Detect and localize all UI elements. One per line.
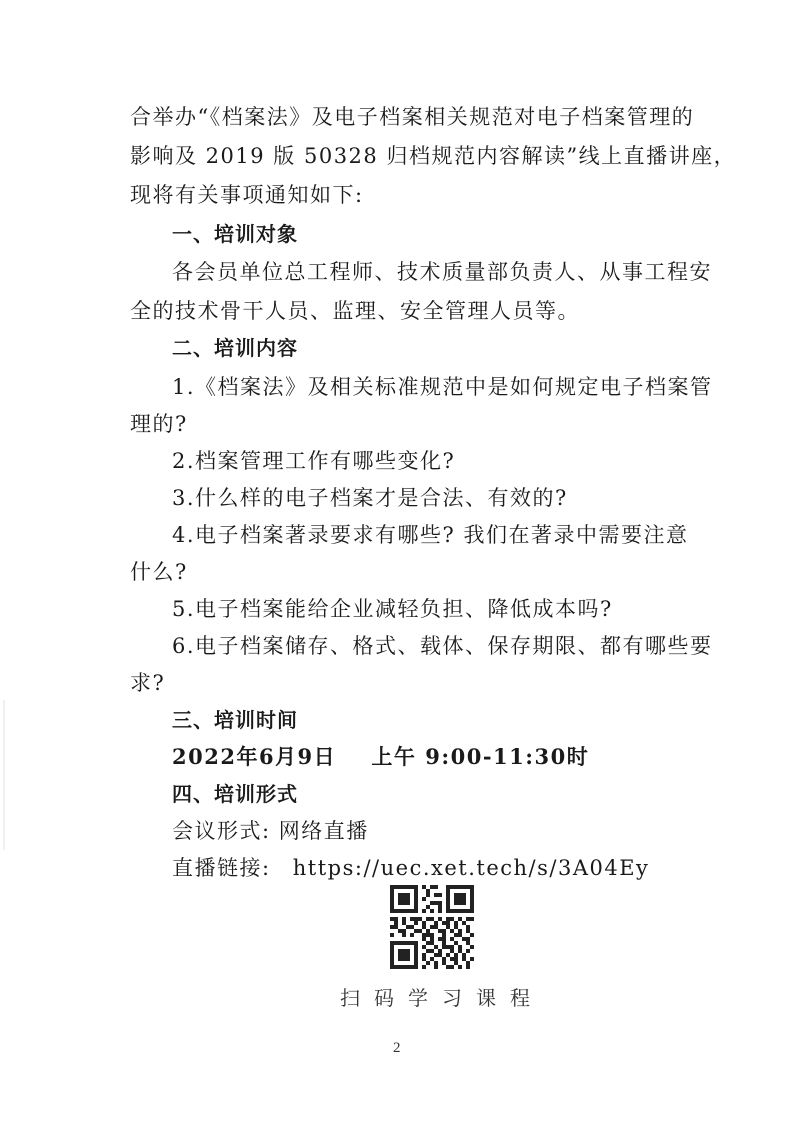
section-heading-target: 一、培训对象: [172, 220, 732, 248]
live-link-url[interactable]: https://uec.xet.tech/s/3A04Ey: [293, 856, 650, 880]
content-item-5: 5.电子档案能给企业减轻负担、降低成本吗?: [172, 595, 732, 623]
live-link-label: 直播链接:: [172, 856, 271, 880]
scan-edge-artifact: [3, 700, 5, 850]
content-item-6-cont: 求?: [130, 669, 690, 697]
content-item-2: 2.档案管理工作有哪些变化?: [172, 447, 732, 475]
content-item-4: 4.电子档案著录要求有哪些? 我们在著录中需要注意: [172, 521, 732, 549]
intro-line-1: 合举办“《档案法》及电子档案相关规范对电子档案管理的: [130, 103, 690, 131]
section-heading-content: 二、培训内容: [172, 334, 732, 362]
page-number: 2: [393, 1040, 401, 1057]
content-item-1: 1.《档案法》及相关标准规范中是如何规定电子档案管: [172, 373, 732, 401]
intro-line-3: 现将有关事项通知如下:: [130, 181, 690, 209]
qr-caption: 扫码学习课程: [340, 982, 530, 1011]
live-link-row: 直播链接: https://uec.xet.tech/s/3A04Ey: [172, 854, 732, 882]
section-heading-format: 四、培训形式: [172, 780, 732, 808]
content-item-3: 3.什么样的电子档案才是合法、有效的?: [172, 484, 732, 512]
content-item-4-cont: 什么?: [130, 558, 690, 586]
section-heading-time: 三、培训时间: [172, 706, 732, 734]
target-line-1: 各会员单位总工程师、技术质量部负责人、从事工程安: [172, 258, 732, 286]
content-item-6: 6.电子档案储存、格式、载体、保存期限、都有哪些要: [172, 632, 732, 660]
content-item-1-cont: 理的?: [130, 410, 690, 438]
meeting-format: 会议形式: 网络直播: [172, 817, 732, 845]
training-time-value: 2022年6月9日 上午 9:00-11:30时: [172, 743, 732, 771]
intro-line-2: 影响及 2019 版 50328 归档规范内容解读”线上直播讲座，: [130, 142, 690, 170]
target-line-2: 全的技术骨干人员、监理、安全管理人员等。: [130, 297, 690, 325]
qr-code-image[interactable]: [390, 885, 474, 969]
document-page: 合举办“《档案法》及电子档案相关规范对电子档案管理的 影响及 2019 版 50…: [0, 0, 794, 1122]
